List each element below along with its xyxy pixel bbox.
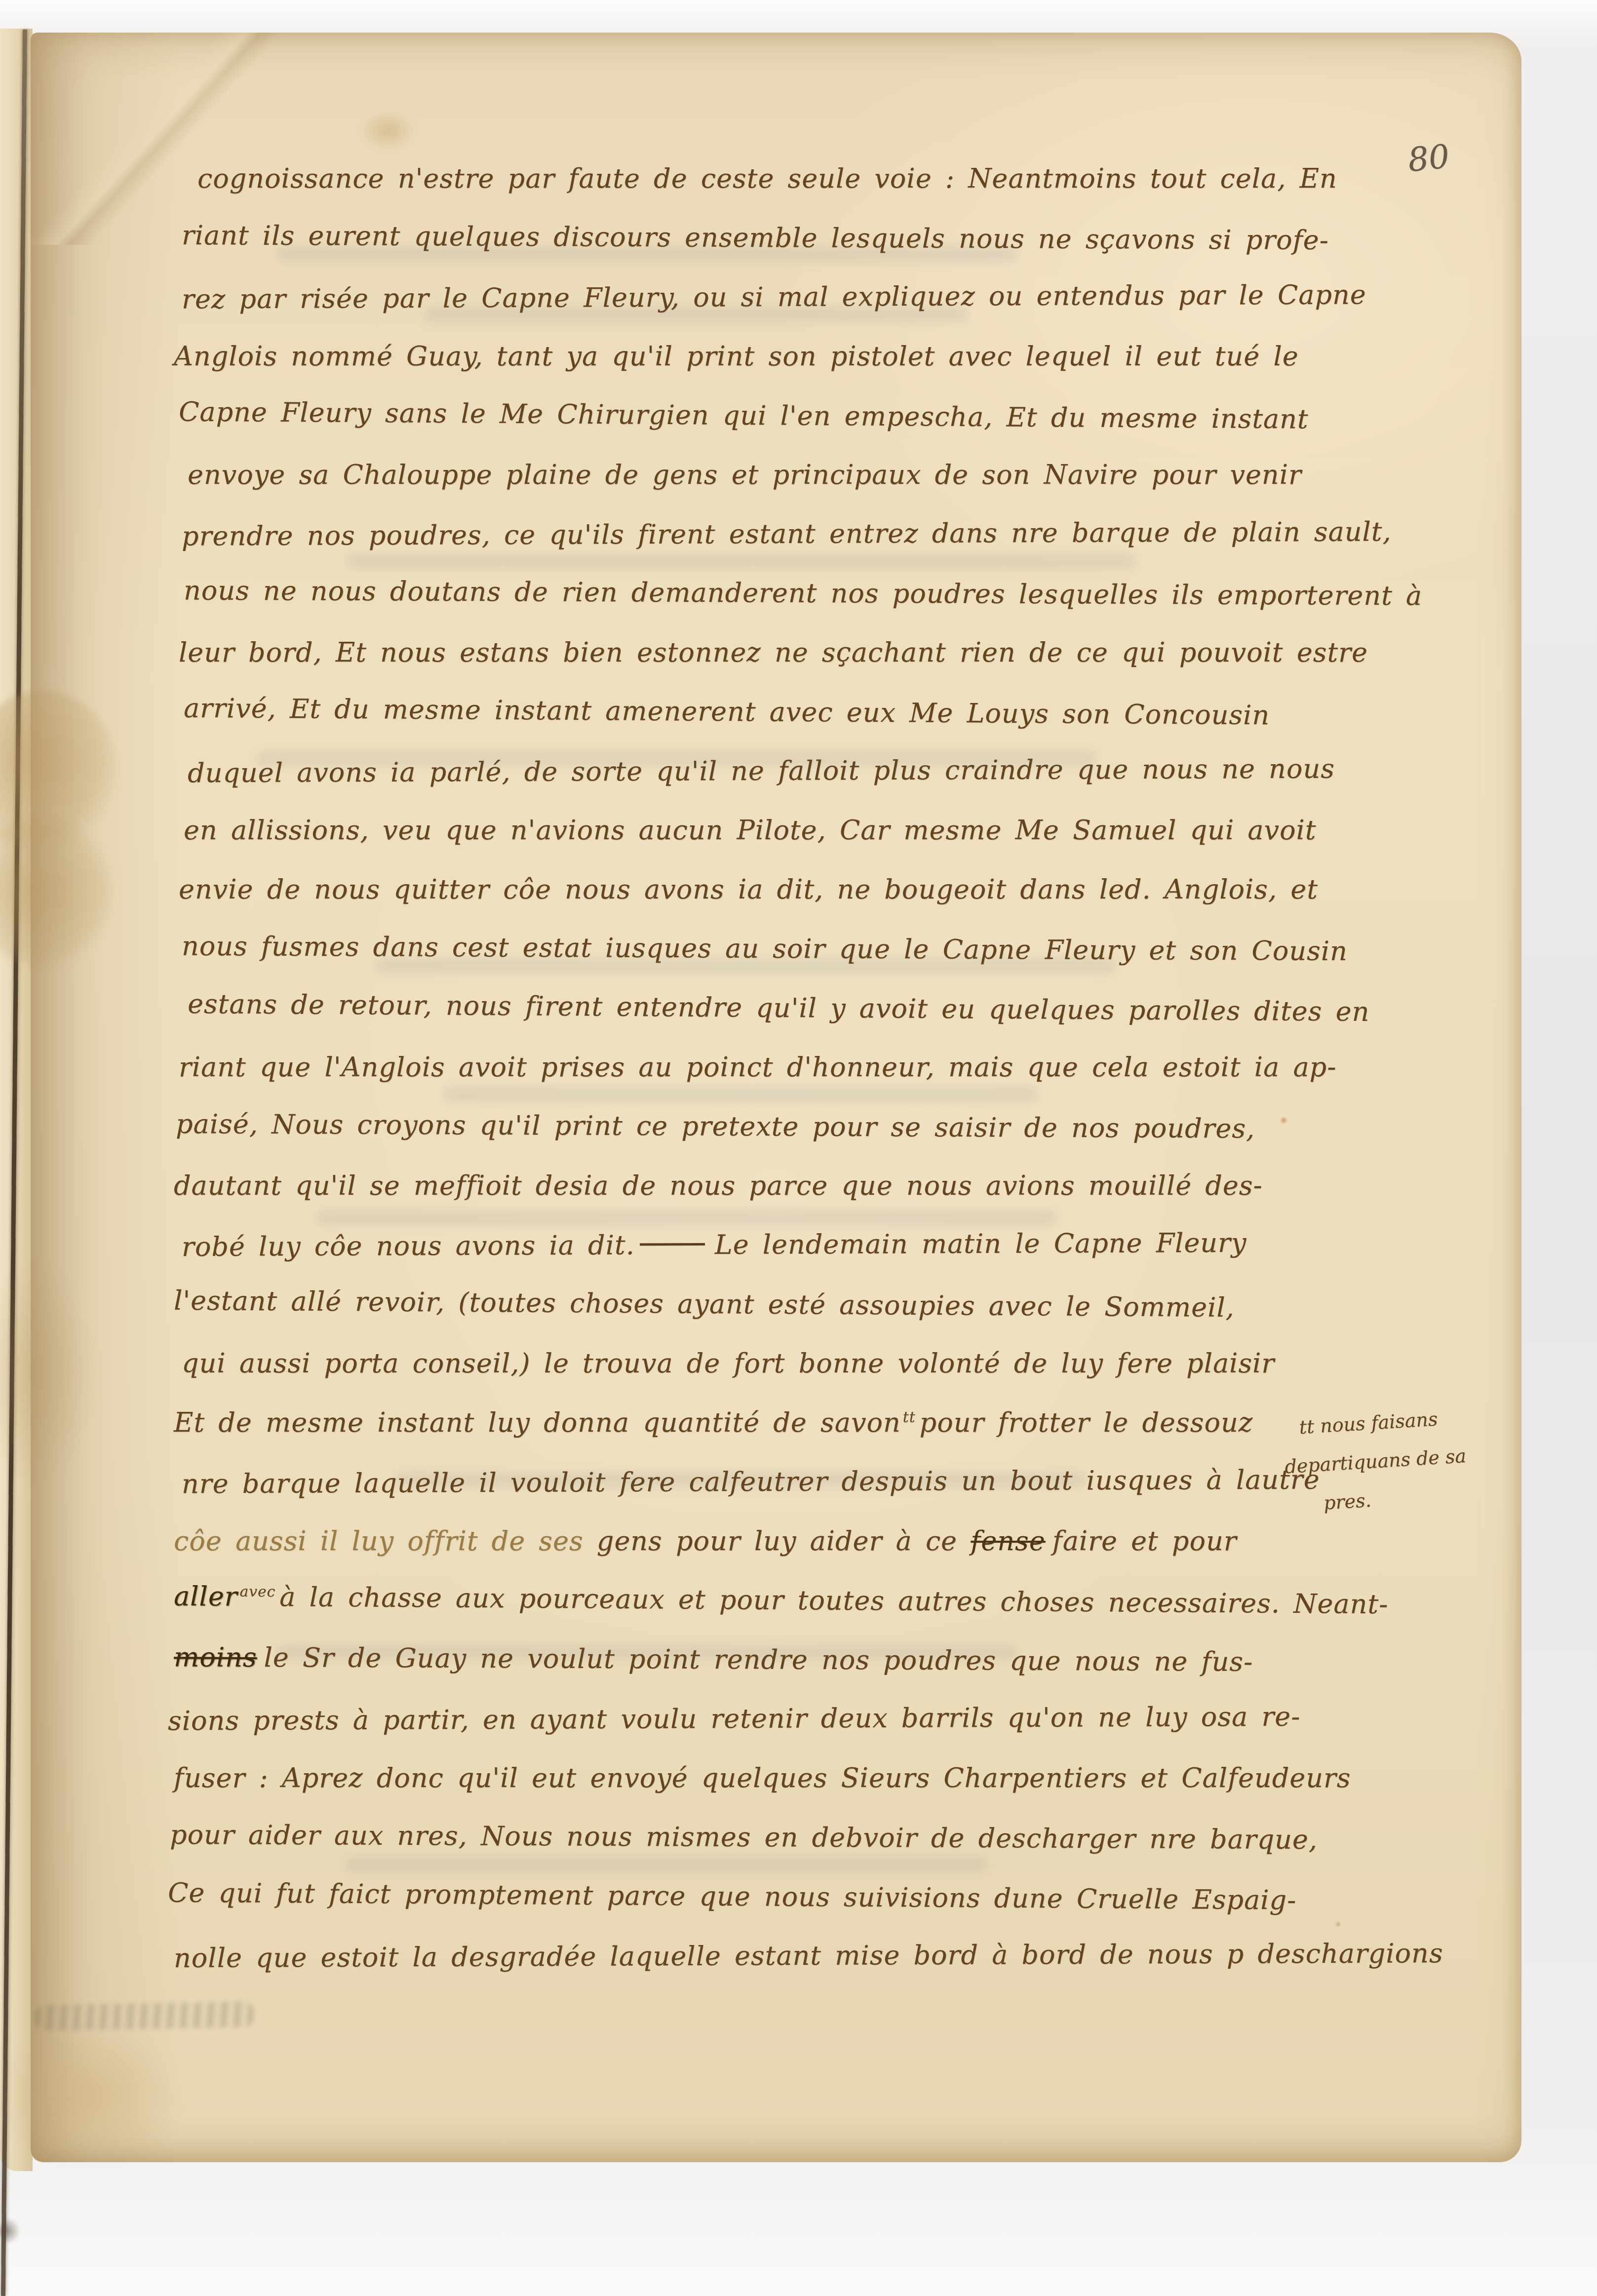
struck-word: moins [174, 1641, 257, 1673]
text-line: cognoissance n'estre par faute de ceste … [197, 163, 1337, 194]
text-segment: robé luy côe nous avons ia dit. [182, 1230, 635, 1263]
text-line: prendre nos poudres, ce qu'ils firent es… [182, 516, 1392, 551]
text-line: riant ils eurent quelques discours ensem… [182, 220, 1329, 256]
ink-dash [640, 1243, 705, 1246]
text-line: riant que l'Anglois avoit prises au poin… [179, 1051, 1336, 1083]
text-line: moinsle Sr de Guay ne voulut point rendr… [174, 1641, 1253, 1677]
text-line: nre barque laquelle il vouloit fere calf… [182, 1464, 1320, 1500]
text-line: paisé, Nous croyons qu'il print ce prete… [176, 1108, 1255, 1144]
text-line: pour aider aux nres, Nous nous mismes en… [170, 1819, 1318, 1855]
text-line: nous ne nous doutans de rien demanderent… [184, 575, 1422, 612]
blotted-word: aller [174, 1581, 238, 1612]
text-line: Anglois nommé Guay, tant ya qu'il print … [174, 341, 1299, 372]
folio-number: 80 [1406, 137, 1451, 179]
text-line: envie de nous quitter côe nous avons ia … [179, 874, 1318, 905]
text-segment: gens pour luy aider à ce [597, 1525, 957, 1557]
text-line: duquel avons ia parlé, de sorte qu'il ne… [188, 753, 1335, 789]
text-segment: faire et pour [1052, 1525, 1237, 1557]
inserted-word: avec [239, 1583, 275, 1600]
text-line: rez par risée par le Capne Fleury, ou si… [182, 279, 1366, 314]
text-line: en allissions, veu que n'avions aucun Pi… [184, 815, 1317, 846]
text-line: sions prests à partir, en ayant voulu re… [168, 1701, 1301, 1737]
text-segment: Et de mesme instant luy donna quantité d… [174, 1407, 901, 1438]
inserted-word: tt [903, 1409, 916, 1426]
text-line: fuser : Aprez donc qu'il eut envoyé quel… [174, 1762, 1351, 1793]
margin-note: tt nous faisans departiquans de sa pres. [1298, 1394, 1536, 1523]
text-line: leur bord, Et nous estans bien estonnez … [179, 637, 1368, 668]
text-segment: pour frotter le dessouz [920, 1407, 1253, 1438]
text-line: robé luy côe nous avons ia dit.Le lendem… [182, 1227, 1247, 1262]
text-segment: le Sr de Guay ne voulut point rendre nos… [264, 1642, 1253, 1677]
text-line: côe aussi il luy offrit de ses gens pour… [174, 1525, 1237, 1557]
text-line: envoye sa Chalouppe plaine de gens et pr… [188, 459, 1302, 490]
scanned-manuscript: { "scan": { "folio_number": "80", "margi… [0, 0, 1597, 2296]
faint-offset-smudge [35, 2001, 255, 2031]
struck-word: fense [971, 1525, 1045, 1557]
text-line: qui aussi porta conseil,) le trouva de f… [182, 1348, 1275, 1379]
text-segment: Le lendemain matin le Capne Fleury [715, 1227, 1247, 1260]
text-line: nous fusmes dans cest estat iusques au s… [182, 931, 1348, 967]
text-line: dautant qu'il se meffioit desia de nous … [174, 1170, 1263, 1201]
text-line: Et de mesme instant luy donna quantité d… [174, 1407, 1253, 1438]
faded-text-segment: côe aussi il luy offrit de ses [174, 1525, 584, 1557]
text-line: nolle que estoit la desgradée laquelle e… [174, 1938, 1443, 1974]
